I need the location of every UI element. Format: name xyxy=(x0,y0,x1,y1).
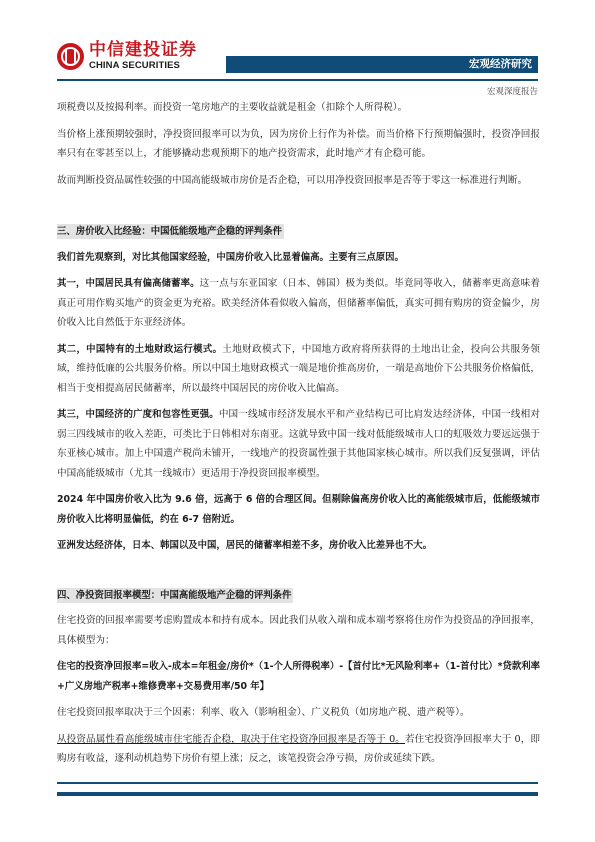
paragraph-bold: 亚洲发达经济体，日本、韩国以及中国，居民的储蓄率相差不多，房价收入比差异也不大。 xyxy=(57,536,540,556)
reason-2-lead: 其二，中国特有的土地财政运行模式。 xyxy=(57,344,222,355)
footer-divider-thick xyxy=(57,792,538,796)
section-4-heading: 四、净投资回报率模型：中国高能级地产企稳的评判条件 xyxy=(57,588,293,603)
section-title: 宏观经济研究 xyxy=(469,57,532,72)
paragraph: 住宅投资的回报率需要考虑购置成本和持有成本。因此我们从收入端和成本端考察将住房作… xyxy=(57,611,540,650)
paragraph-bold: 2024 年中国房价收入比为 9.6 倍，远高于 6 倍的合理区间。但剔除偏高房… xyxy=(57,490,540,529)
section-3-heading: 三、房价收入比经验：中国低能级地产企稳的评判条件 xyxy=(57,224,284,239)
paragraph-bold: 我们首先观察到，对比其他国家经验，中国房价收入比显着偏高。主要有三点原因。 xyxy=(57,248,540,268)
paragraph: 住宅投资回报率取决于三个因素：利率、收入（影响租金）、广义税负（如房地产税、遗产… xyxy=(57,703,540,723)
reason-3-lead: 其三，中国经济的广度和包容性更强。 xyxy=(57,409,219,420)
footer-divider-thin xyxy=(57,782,538,784)
paragraph: 项税费以及按揭利率。而投资一笔房地产的主要收益就是租金（扣除个人所得税）。 xyxy=(57,98,540,118)
paragraph: 从投资品属性看高能级城市住宅能否企稳，取决于住宅投资净回报率是否等于 0。若住宅… xyxy=(57,730,540,769)
logo-english-name: CHINA SECURITIES xyxy=(89,61,197,71)
formula: 住宅的投资净回报率=收入-成本=年租金/房价*（1-个人所得税率）-【首付比*无… xyxy=(57,657,540,696)
paragraph: 当价格上涨预期较强时，净投资回报率可以为负，因为房价上行作为补偿。而当价格下行预… xyxy=(57,125,540,164)
underlined-text: 从投资品属性看高能级城市住宅能否企稳，取决于住宅投资净回报率是否等于 0。 xyxy=(57,734,405,745)
report-type: 宏观深度报告 xyxy=(487,85,538,97)
header-bar: 宏观经济研究 xyxy=(226,56,538,73)
document-body: 项税费以及按揭利率。而投资一笔房地产的主要收益就是租金（扣除个人所得税）。 当价… xyxy=(57,98,540,776)
reason-1: 其一，中国居民具有偏高储蓄率。这一点与东亚国家（日本、韩国）极为类似。毕竟同等收… xyxy=(57,274,540,333)
reason-3: 其三，中国经济的广度和包容性更强。中国一线城市经济发展水平和产业结构已可比肩发达… xyxy=(57,405,540,483)
reason-2: 其二，中国特有的土地财政运行模式。土地财政模式下，中国地方政府将所获得的土地出让… xyxy=(57,340,540,399)
reason-1-lead: 其一，中国居民具有偏高储蓄率。 xyxy=(57,278,200,289)
paragraph: 故而判断投资品属性较强的中国高能级城市房价是否企稳，可以用净投资回报率是否等于零… xyxy=(57,171,540,191)
header-divider xyxy=(57,79,538,81)
logo-chinese-name: 中信建投证券 xyxy=(89,42,197,59)
company-logo: 中信建投证券 CHINA SECURITIES xyxy=(57,42,197,71)
citic-logo-icon xyxy=(57,43,84,70)
